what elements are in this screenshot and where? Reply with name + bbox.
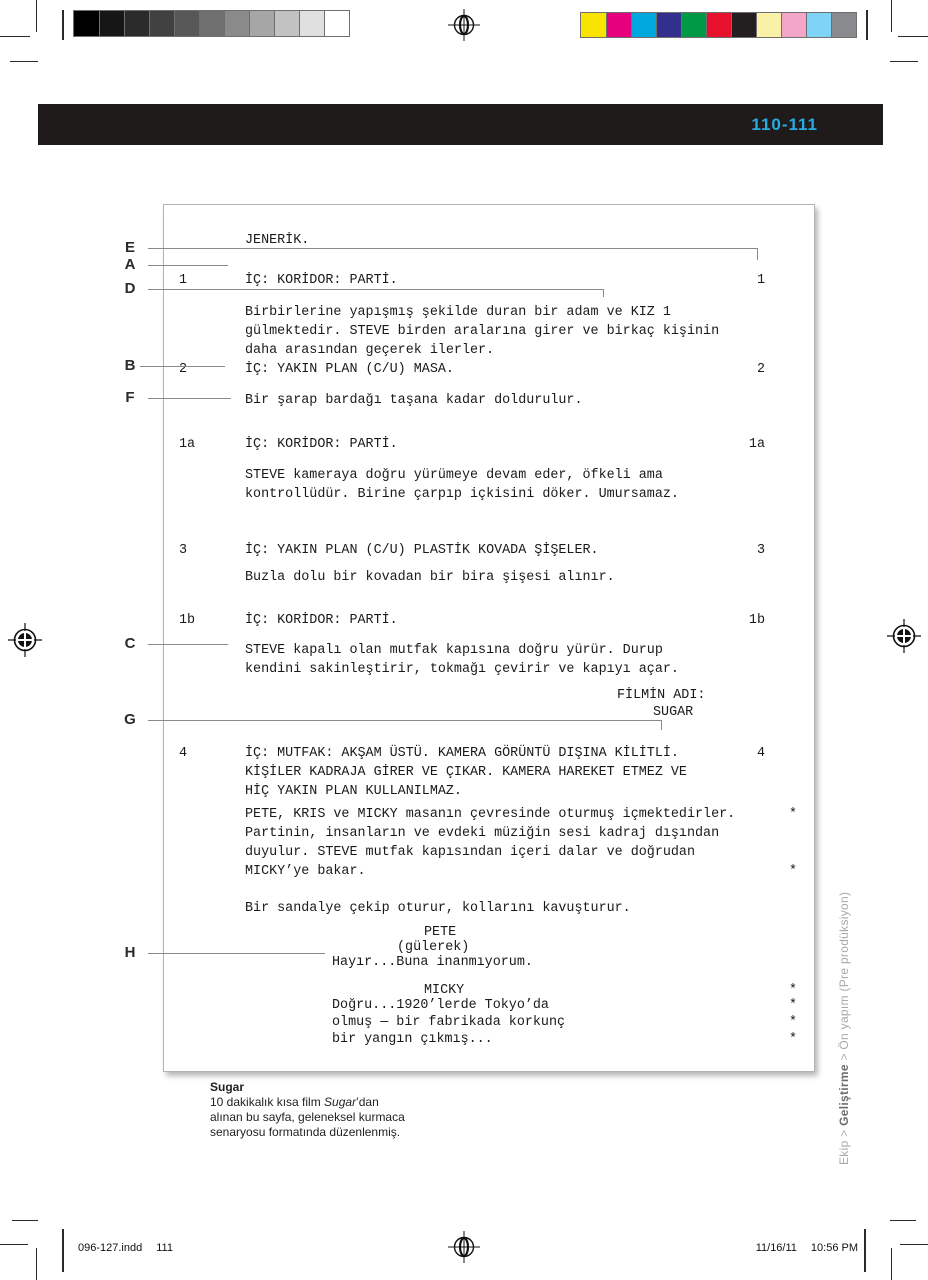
script-page: JENERİK.1İÇ: KORİDOR: PARTİ.1Birbirlerin… (163, 204, 815, 1072)
page-header-bar: 110-111 (38, 104, 883, 145)
scene-number-left: 1 (179, 273, 187, 288)
revision-star: * (789, 998, 797, 1013)
script-text: Buzla dolu bir kovadan bir bira şişesi a… (245, 570, 615, 585)
script-text: MICKY (424, 983, 464, 998)
color-swatch (581, 13, 606, 37)
footer-filename: 096-127.indd (78, 1242, 142, 1254)
crop-mark (36, 0, 37, 32)
annotation-letter-c: C (118, 635, 142, 653)
script-text-row: gülmektedir. STEVE birden aralarına gire… (164, 324, 814, 339)
script-text: İÇ: YAKIN PLAN (C/U) PLASTİK KOVADA ŞİŞE… (245, 543, 599, 558)
color-swatch (806, 13, 831, 37)
color-calibration-bar (580, 12, 857, 38)
annotation-letter-f: F (118, 389, 142, 407)
script-text: Doğru...1920’lerde Tokyo’da (332, 998, 549, 1013)
scene-heading-row: 2İÇ: YAKIN PLAN (C/U) MASA.2 (164, 362, 814, 377)
script-text: PETE, KRIS ve MICKY masanın çevresinde o… (245, 807, 735, 822)
script-text: daha arasından geçerek ilerler. (245, 343, 494, 358)
grayscale-swatch (324, 11, 349, 36)
caption-text: ’dan (356, 1095, 379, 1109)
script-text-row: kontrollüdür. Birine çarpıp içkisini dök… (164, 487, 814, 502)
caption-text: Sugar (324, 1095, 356, 1109)
script-text-row: Doğru...1920’lerde Tokyo’da* (164, 998, 814, 1013)
scene-number-right: 1 (694, 273, 765, 288)
script-text-row: bir yangın çıkmış...* (164, 1032, 814, 1047)
scene-number-right: 1b (694, 613, 765, 628)
revision-star: * (789, 1015, 797, 1030)
scene-heading-row: 4İÇ: MUTFAK: AKŞAM ÜSTÜ. KAMERA GÖRÜNTÜ … (164, 746, 814, 761)
crop-mark (62, 1229, 64, 1272)
script-text: gülmektedir. STEVE birden aralarına gire… (245, 324, 719, 339)
revision-star: * (789, 983, 797, 998)
script-text-row: (gülerek) (164, 940, 814, 955)
script-text-row: KİŞİLER KADRAJA GİRER VE ÇIKAR. KAMERA H… (164, 765, 814, 780)
script-text: duyulur. STEVE mutfak kapısından içeri d… (245, 845, 695, 860)
script-text: Bir şarap bardağı taşana kadar doldurulu… (245, 393, 583, 408)
script-text-row: Bir şarap bardağı taşana kadar doldurulu… (164, 393, 814, 408)
crop-mark (866, 10, 868, 40)
script-text: JENERİK. (245, 233, 309, 248)
annotation-letter-b: B (118, 357, 142, 375)
script-text: HİÇ YAKIN PLAN KULLANILMAZ. (245, 784, 462, 799)
scene-number-right: 4 (694, 746, 765, 761)
grayscale-calibration-bar (73, 10, 350, 37)
scene-number-left: 4 (179, 746, 187, 761)
script-text: FİLMİN ADI: (617, 688, 705, 703)
annotation-letter-e: E (118, 239, 142, 257)
scene-heading-row: 1bİÇ: KORİDOR: PARTİ.1b (164, 613, 814, 628)
crop-mark (0, 1244, 28, 1245)
script-text: İÇ: KORİDOR: PARTİ. (245, 273, 398, 288)
script-text: bir yangın çıkmış... (332, 1032, 493, 1047)
scene-number-left: 3 (179, 543, 187, 558)
script-text: Partinin, insanların ve evdeki müziğin s… (245, 826, 719, 841)
script-text: İÇ: MUTFAK: AKŞAM ÜSTÜ. KAMERA GÖRÜNTÜ D… (245, 746, 679, 761)
script-text-row: duyulur. STEVE mutfak kapısından içeri d… (164, 845, 814, 860)
script-text-row: Bir sandalye çekip oturur, kollarını kav… (164, 901, 814, 916)
script-text: PETE (424, 925, 456, 940)
caption-line: senaryosu formatında düzenlenmiş. (210, 1125, 480, 1140)
breadcrumb-segment: Ekip > (837, 1126, 851, 1165)
script-text-row: olmuş — bir fabrikada korkunç* (164, 1015, 814, 1030)
color-swatch (681, 13, 706, 37)
caption-title: Sugar (210, 1080, 480, 1095)
grayscale-swatch (74, 11, 99, 36)
page-number: 110-111 (751, 115, 818, 135)
crop-mark (36, 1248, 37, 1280)
script-text-row: Partinin, insanların ve evdeki müziğin s… (164, 826, 814, 841)
script-text-row: MICKY* (164, 983, 814, 998)
color-swatch (781, 13, 806, 37)
script-text-row: STEVE kameraya doğru yürümeye devam eder… (164, 468, 814, 483)
script-text: MICKY’ye bakar. (245, 864, 366, 879)
annotation-letter-g: G (118, 711, 142, 729)
crop-mark (10, 61, 38, 62)
script-text: kontrollüdür. Birine çarpıp içkisini dök… (245, 487, 679, 502)
crop-mark (0, 36, 30, 37)
footer-datetime: 11/16/1110:56 PM (756, 1242, 858, 1254)
scene-number-left: 1b (179, 613, 195, 628)
script-text-row: PETE (164, 925, 814, 940)
script-text-row: Buzla dolu bir kovadan bir bira şişesi a… (164, 570, 814, 585)
caption: Sugar 10 dakikalık kısa film Sugar’danal… (210, 1080, 480, 1140)
script-text-row: kendini sakinleştirir, tokmağı çevirir v… (164, 662, 814, 677)
annotation-letter-d: D (118, 280, 142, 298)
caption-text: senaryosu formatında düzenlenmiş. (210, 1125, 400, 1139)
script-text: (gülerek) (397, 940, 469, 955)
script-text-row: HİÇ YAKIN PLAN KULLANILMAZ. (164, 784, 814, 799)
breadcrumb-segment: > Ön yapım (Pre prodüksiyon) (837, 892, 851, 1064)
grayscale-swatch (299, 11, 324, 36)
registration-mark-right (886, 618, 922, 654)
registration-mark-left (7, 622, 43, 658)
grayscale-swatch (249, 11, 274, 36)
grayscale-swatch (174, 11, 199, 36)
script-text-row: STEVE kapalı olan mutfak kapısına doğru … (164, 643, 814, 658)
color-swatch (731, 13, 756, 37)
annotation-letter-h: H (118, 944, 142, 962)
crop-mark (890, 1220, 916, 1221)
print-proof-sheet: 110-111 JENERİK.1İÇ: KORİDOR: PARTİ.1Bir… (0, 0, 928, 1280)
script-text-row: Birbirlerine yapışmış şekilde duran bir … (164, 305, 814, 320)
scene-number-left: 2 (179, 362, 187, 377)
scene-number-right: 1a (694, 437, 765, 452)
script-text: Birbirlerine yapışmış şekilde duran bir … (245, 305, 671, 320)
footer-date: 11/16/11 (756, 1242, 797, 1254)
annotation-letter-a: A (118, 256, 142, 274)
script-text-row: SUGAR (164, 705, 814, 720)
scene-heading-row: 1aİÇ: KORİDOR: PARTİ.1a (164, 437, 814, 452)
script-text: Hayır...Buna inanmıyorum. (332, 955, 533, 970)
script-text: İÇ: KORİDOR: PARTİ. (245, 613, 398, 628)
script-text: Bir sandalye çekip oturur, kollarını kav… (245, 901, 631, 916)
crop-mark (12, 1220, 38, 1221)
scene-heading-row: 1İÇ: KORİDOR: PARTİ.1 (164, 273, 814, 288)
crop-mark (864, 1229, 866, 1272)
grayscale-swatch (124, 11, 149, 36)
color-swatch (631, 13, 656, 37)
script-text: KİŞİLER KADRAJA GİRER VE ÇIKAR. KAMERA H… (245, 765, 687, 780)
crop-mark (891, 0, 892, 32)
grayscale-swatch (224, 11, 249, 36)
breadcrumb-segment: Geliştirme (837, 1064, 851, 1126)
color-swatch (606, 13, 631, 37)
caption-line: alınan bu sayfa, geleneksel kurmaca (210, 1110, 480, 1125)
grayscale-swatch (199, 11, 224, 36)
registration-mark-top (447, 8, 481, 42)
revision-star: * (789, 864, 797, 879)
color-swatch (656, 13, 681, 37)
script-text: SUGAR (653, 705, 693, 720)
script-text-row: Hayır...Buna inanmıyorum. (164, 955, 814, 970)
scene-number-right: 3 (694, 543, 765, 558)
script-text: İÇ: YAKIN PLAN (C/U) MASA. (245, 362, 454, 377)
caption-text: alınan bu sayfa, geleneksel kurmaca (210, 1110, 405, 1124)
script-text-row: PETE, KRIS ve MICKY masanın çevresinde o… (164, 807, 814, 822)
script-text-block: JENERİK.1İÇ: KORİDOR: PARTİ.1Birbirlerin… (164, 205, 814, 1071)
scene-number-right: 2 (694, 362, 765, 377)
footer-time: 10:56 PM (811, 1242, 858, 1254)
grayscale-swatch (149, 11, 174, 36)
script-text: STEVE kapalı olan mutfak kapısına doğru … (245, 643, 663, 658)
crop-mark (898, 36, 928, 37)
script-text: İÇ: KORİDOR: PARTİ. (245, 437, 398, 452)
grayscale-swatch (99, 11, 124, 36)
script-text: kendini sakinleştirir, tokmağı çevirir v… (245, 662, 679, 677)
caption-line: 10 dakikalık kısa film Sugar’dan (210, 1095, 480, 1110)
script-text-row: FİLMİN ADI: (164, 688, 814, 703)
scene-heading-row: 3İÇ: YAKIN PLAN (C/U) PLASTİK KOVADA ŞİŞ… (164, 543, 814, 558)
footer-file-info: 096-127.indd111 (78, 1242, 173, 1254)
color-swatch (706, 13, 731, 37)
scene-number-left: 1a (179, 437, 195, 452)
revision-star: * (789, 807, 797, 822)
section-breadcrumb: Ekip > Geliştirme > Ön yapım (Pre prodük… (837, 865, 853, 1165)
script-text: olmuş — bir fabrikada korkunç (332, 1015, 565, 1030)
grayscale-swatch (274, 11, 299, 36)
color-swatch (831, 13, 856, 37)
caption-body: 10 dakikalık kısa film Sugar’danalınan b… (210, 1095, 480, 1140)
caption-text: 10 dakikalık kısa film (210, 1095, 324, 1109)
script-text-row: daha arasından geçerek ilerler. (164, 343, 814, 358)
script-text-row: MICKY’ye bakar.* (164, 864, 814, 879)
revision-star: * (789, 1032, 797, 1047)
crop-mark (62, 10, 64, 40)
color-swatch (756, 13, 781, 37)
crop-mark (900, 1244, 928, 1245)
script-text: STEVE kameraya doğru yürümeye devam eder… (245, 468, 663, 483)
crop-mark (891, 1248, 892, 1280)
script-text-row: JENERİK. (164, 233, 814, 248)
crop-mark (890, 61, 918, 62)
footer-page: 111 (156, 1242, 173, 1254)
registration-mark-bottom (447, 1230, 481, 1264)
